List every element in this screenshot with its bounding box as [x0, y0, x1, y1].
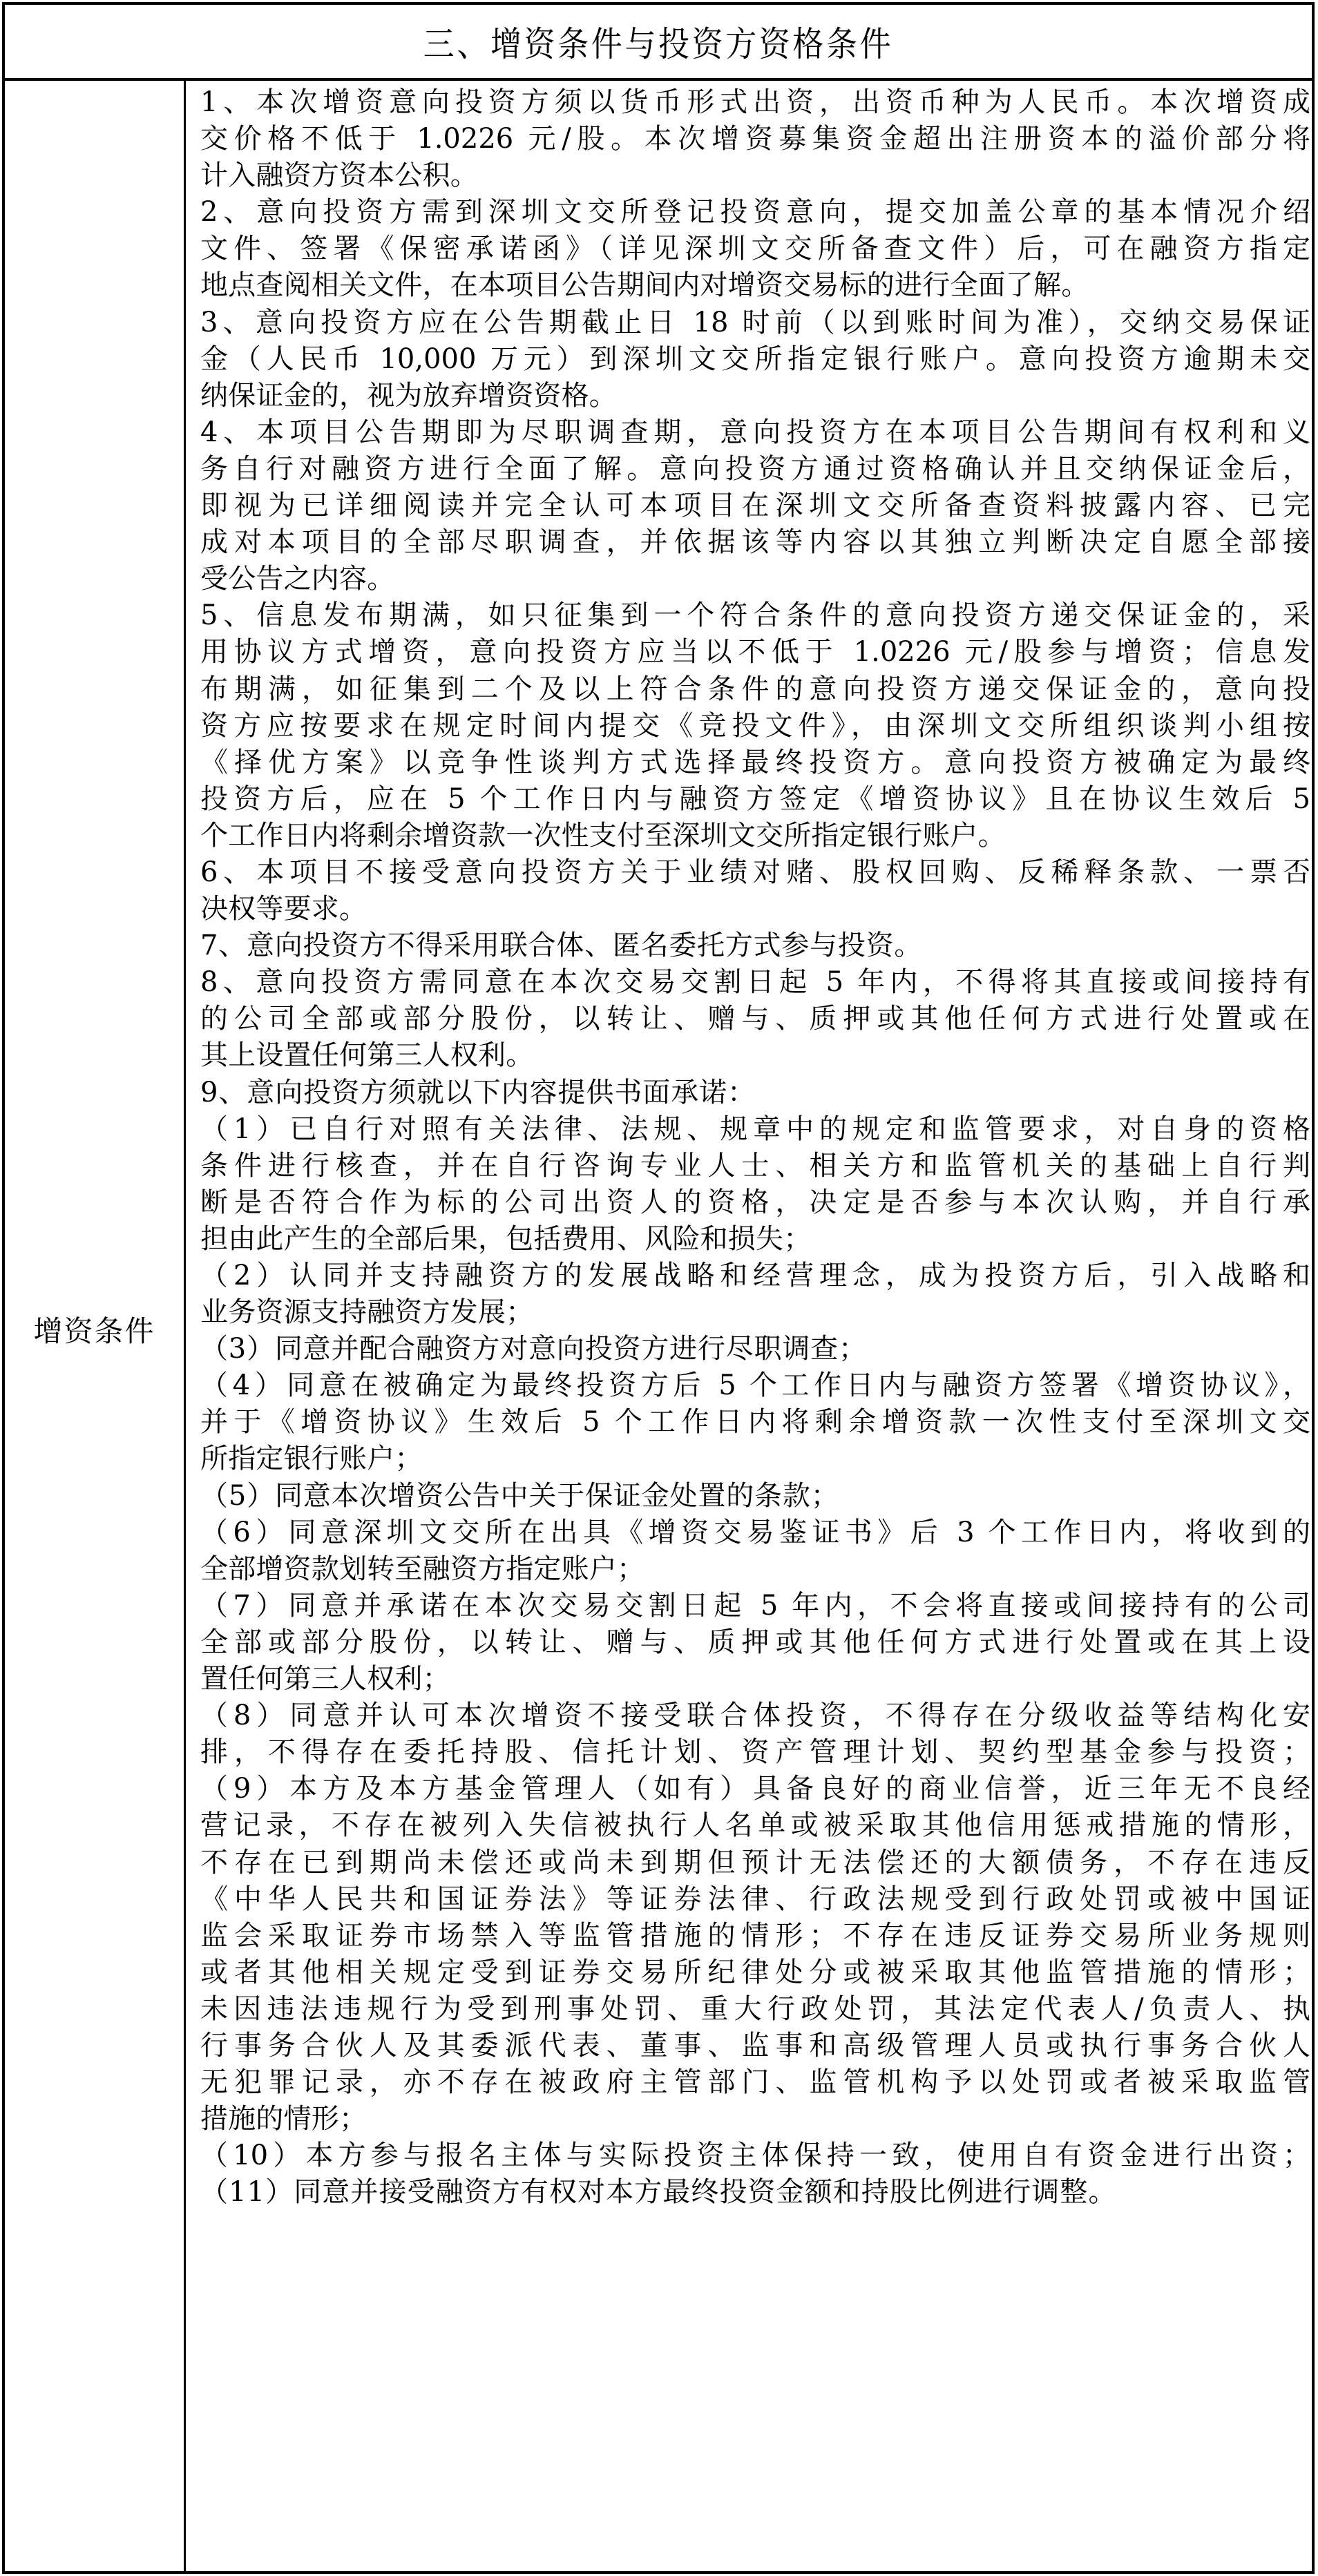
content-line: 4、本项目公告期即为尽职调查期，意向投资方在本项目公告期间有权利和义 — [200, 414, 1310, 451]
content-line: 2、意向投资方需到深圳文交所登记投资意向，提交加盖公章的基本情况介绍 — [200, 194, 1310, 231]
content-line: （6）同意深圳文交所在出具《增资交易鉴证书》后 3 个工作日内，将收到的 — [200, 1515, 1310, 1551]
content-line: 的公司全部或部分股份，以转让、赠与、质押或其他任何方式进行处置或在 — [200, 1001, 1310, 1037]
content-line: 或者其他相关规定受到证券交易所纪律处分或被采取其他监管措施的情形； — [200, 1954, 1310, 1991]
content-line: 6、本项目不接受意向投资方关于业绩对赌、股权回购、反稀释条款、一票否 — [200, 854, 1310, 891]
content-line: 其上设置任何第三人权利。 — [200, 1037, 1310, 1074]
content-line: 行事务合伙人及其委派代表、董事、监事和高级管理人员或执行事务合伙人 — [200, 2028, 1310, 2064]
content-line: 纳保证金的，视为放弃增资资格。 — [200, 378, 1310, 414]
content-line: 8、意向投资方需同意在本次交易交割日起 5 年内，不得将其直接或间接持有 — [200, 964, 1310, 1001]
content-line: 条件进行核查，并在自行咨询专业人士、相关方和监管机关的基础上自行判 — [200, 1148, 1310, 1184]
content-line: 计入融资方资本公积。 — [200, 157, 1310, 194]
content-line: （9）本方及本方基金管理人（如有）具备良好的商业信誉，近三年无不良经 — [200, 1771, 1310, 1807]
content-line: 7、意向投资方不得采用联合体、匿名委托方式参与投资。 — [200, 927, 1310, 964]
section-header: 三、增资条件与投资方资格条件 — [5, 5, 1312, 81]
content-line: （1）已自行对照有关法律、法规、规章中的规定和监管要求，对自身的资格 — [200, 1111, 1310, 1148]
row-label-cell: 增资条件 — [5, 81, 186, 2571]
content-line: 成对本项目的全部尽职调查，并依据该等内容以其独立判断决定自愿全部接 — [200, 524, 1310, 561]
row-content-cell: 1、本次增资意向投资方须以货币形式出资，出资币种为人民币。本次增资成交价格不低于… — [186, 81, 1312, 2571]
content-line: 用协议方式增资，意向投资方应当以不低于 1.0226 元/股参与增资；信息发 — [200, 634, 1310, 671]
content-line: 未因违法违规行为受到刑事处罚、重大行政处罚，其法定代表人/负责人、执 — [200, 1991, 1310, 2028]
content-line: 措施的情形； — [200, 2101, 1310, 2137]
content-line: 3、意向投资方应在公告期截止日 18 时前（以到账时间为准），交纳交易保证 — [200, 305, 1310, 341]
content-line: 不存在已到期尚未偿还或尚未到期但预计无法偿还的大额债务，不存在违反 — [200, 1845, 1310, 1881]
content-line: 担由此产生的全部后果，包括费用、风险和损失； — [200, 1221, 1310, 1258]
content-line: 受公告之内容。 — [200, 561, 1310, 597]
content-line: 全部增资款划转至融资方指定账户； — [200, 1551, 1310, 1588]
content-line: 置任何第三人权利； — [200, 1661, 1310, 1698]
content-line: 资方应按要求在规定时间内提交《竞投文件》，由深圳文交所组织谈判小组按 — [200, 708, 1310, 744]
content-line: （8）同意并认可本次增资不接受联合体投资，不得存在分级收益等结构化安 — [200, 1698, 1310, 1734]
content-line: 5、信息发布期满，如只征集到一个符合条件的意向投资方递交保证金的，采 — [200, 597, 1310, 634]
content-line: 所指定银行账户； — [200, 1441, 1310, 1477]
content-line: （4）同意在被确定为最终投资方后 5 个工作日内与融资方签署《增资协议》， — [200, 1367, 1310, 1404]
content-line: 投资方后，应在 5 个工作日内与融资方签定《增资协议》且在协议生效后 5 — [200, 781, 1310, 818]
content-line: 监会采取证券市场禁入等监管措施的情形；不存在违反证券交易所业务规则 — [200, 1918, 1310, 1954]
content-line: 排，不得存在委托持股、信托计划、资产管理计划、契约型基金参与投资； — [200, 1734, 1310, 1771]
content-line: 文件、签署《保密承诺函》（详见深圳文交所备查文件）后，可在融资方指定 — [200, 231, 1310, 267]
content-line: 交价格不低于 1.0226 元/股。本次增资募集资金超出注册资本的溢价部分将 — [200, 121, 1310, 157]
content-line: （10）本方参与报名主体与实际投资主体保持一致，使用自有资金进行出资； — [200, 2137, 1310, 2174]
content-line: 金（人民币 10,000 万元）到深圳文交所指定银行账户。意向投资方逾期未交 — [200, 341, 1310, 378]
content-line: 营记录，不存在被列入失信被执行人名单或被采取其他信用惩戒措施的情形， — [200, 1807, 1310, 1844]
content-line: 《中华人民共和国证券法》等证券法律、行政法规受到行政处罚或被中国证 — [200, 1881, 1310, 1918]
content-line: （7）同意并承诺在本次交易交割日起 5 年内，不会将直接或间接持有的公司 — [200, 1588, 1310, 1624]
content-line: 9、意向投资方须就以下内容提供书面承诺： — [200, 1075, 1310, 1111]
content-line: 布期满，如征集到二个及以上符合条件的意向投资方递交保证金的，意向投 — [200, 671, 1310, 708]
row-label: 增资条件 — [33, 1309, 155, 1350]
content-line: 1、本次增资意向投资方须以货币形式出资，出资币种为人民币。本次增资成 — [200, 84, 1310, 121]
table-row-capital-increase-conditions: 增资条件 1、本次增资意向投资方须以货币形式出资，出资币种为人民币。本次增资成交… — [5, 81, 1312, 2571]
content-line: 并于《增资协议》生效后 5 个工作日内将剩余增资款一次性支付至深圳文交 — [200, 1404, 1310, 1441]
content-line: 个工作日内将剩余增资款一次性支付至深圳文交所指定银行账户。 — [200, 818, 1310, 854]
content-line: 全部或部分股份，以转让、赠与、质押或其他任何方式进行处置或在其上设 — [200, 1624, 1310, 1661]
content-line: 务自行对融资方进行全面了解。意向投资方通过资格确认并且交纳保证金后， — [200, 451, 1310, 488]
content-line: 即视为已详细阅读并完全认可本项目在深圳文交所备查资料披露内容、已完 — [200, 488, 1310, 524]
content-line: （5）同意本次增资公告中关于保证金处置的条款； — [200, 1478, 1310, 1515]
conditions-table: 三、增资条件与投资方资格条件 增资条件 1、本次增资意向投资方须以货币形式出资，… — [2, 2, 1315, 2574]
content-line: （11）同意并接受融资方有权对本方最终投资金额和持股比例进行调整。 — [200, 2174, 1310, 2211]
content-line: （2）认同并支持融资方的发展战略和经营理念，成为投资方后，引入战略和 — [200, 1258, 1310, 1294]
content-line: 地点查阅相关文件，在本项目公告期间内对增资交易标的进行全面了解。 — [200, 267, 1310, 304]
content-line: 无犯罪记录，亦不存在被政府主管部门、监管机构予以处罚或者被采取监管 — [200, 2064, 1310, 2101]
content-line: 断是否符合作为标的公司出资人的资格，决定是否参与本次认购，并自行承 — [200, 1184, 1310, 1221]
content-line: 业务资源支持融资方发展； — [200, 1294, 1310, 1331]
content-line: （3）同意并配合融资方对意向投资方进行尽职调查； — [200, 1331, 1310, 1367]
section-title: 三、增资条件与投资方资格条件 — [423, 17, 893, 66]
content-line: 《择优方案》以竞争性谈判方式选择最终投资方。意向投资方被确定为最终 — [200, 744, 1310, 781]
content-line: 决权等要求。 — [200, 891, 1310, 927]
